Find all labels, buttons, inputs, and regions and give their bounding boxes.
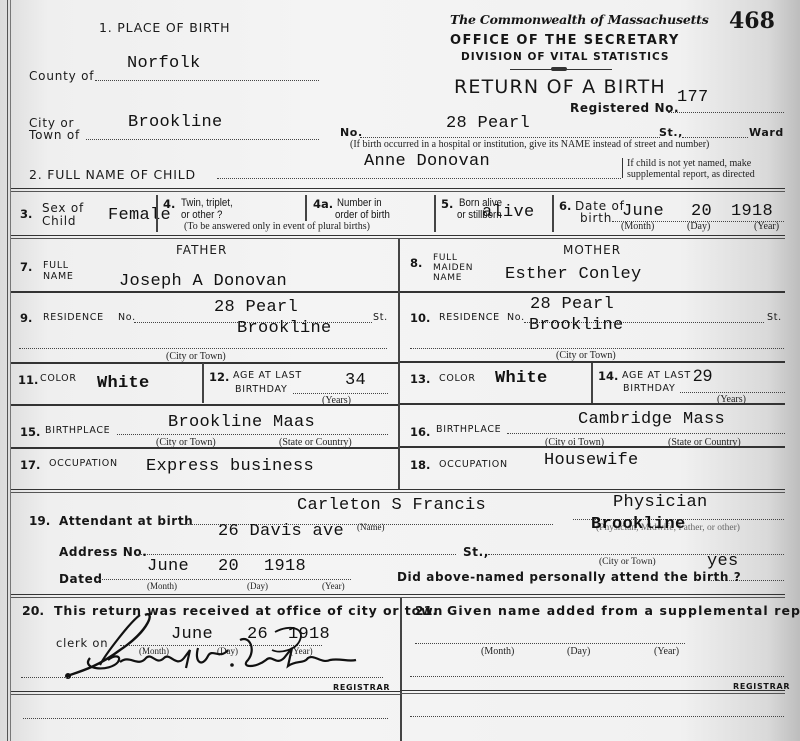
- rule-mother-name: [400, 291, 785, 293]
- rule-after-name: [11, 188, 785, 192]
- mother-name-label-2: MAIDEN: [433, 263, 473, 273]
- rule-father-color: [11, 404, 398, 406]
- attendant-num: 19.: [29, 514, 50, 528]
- attend-answer: yes: [707, 552, 739, 571]
- rule-father-birthplace: [11, 447, 398, 449]
- mother-occupation-label: OCCUPATION: [439, 459, 508, 470]
- father-age-label-2: BIRTHDAY: [235, 384, 288, 395]
- mother-city-caption: (City or Town): [556, 350, 616, 361]
- father-city-caption: (City or Town): [166, 351, 226, 362]
- supplemental-date-line: [415, 643, 685, 644]
- registered-label: Registered No.: [570, 101, 679, 115]
- county-value: Norfolk: [127, 54, 201, 73]
- ornament-center: [551, 67, 567, 71]
- mother-residence-label: RESIDENCE: [439, 312, 500, 323]
- dob-label-2: birth: [580, 211, 612, 225]
- form-title: RETURN OF A BIRTH: [454, 76, 666, 98]
- supplemental-month-caption: (Month): [481, 646, 514, 657]
- office-heading: OFFICE OF THE SECRETARY: [450, 33, 680, 48]
- mother-age-num: 14.: [598, 369, 618, 383]
- father-heading: FATHER: [176, 243, 227, 257]
- dated-label: Dated: [59, 572, 103, 586]
- dated-year-caption: (Year): [322, 581, 345, 591]
- mother-city: Brookline: [529, 316, 624, 335]
- dob-month-caption: (Month): [621, 221, 654, 232]
- attend-question: Did above-named personally attend the bi…: [397, 570, 741, 584]
- father-name-label-2: NAME: [43, 271, 74, 282]
- rule-father-name: [11, 291, 398, 293]
- attendant-city-line: [488, 554, 784, 555]
- plural-note: (To be answered only in event of plural …: [184, 221, 370, 232]
- dob-year-caption: (Year): [754, 221, 779, 232]
- rule-mother-birthplace: [400, 446, 785, 448]
- street-value: 28 Pearl: [446, 114, 530, 133]
- county-label: County of: [29, 69, 94, 83]
- father-age-line: [293, 393, 388, 394]
- registrar-line-20: [21, 677, 383, 678]
- born-value: alive: [482, 203, 535, 222]
- hospital-note: (If birth occurred in a hospital or inst…: [350, 139, 709, 150]
- bottom-center-divider: [400, 598, 402, 741]
- child-name-value: Anne Donovan: [364, 152, 490, 171]
- attendant-label: Attendant at birth: [59, 514, 193, 528]
- attendant-role: Physician: [613, 493, 708, 512]
- mother-age-line: [680, 392, 785, 393]
- divider-12: [202, 363, 204, 403]
- twin-label-2: or other ?: [181, 209, 222, 221]
- mother-color-label: COLOR: [439, 373, 476, 384]
- division-heading: DIVISION OF VITAL STATISTICS: [461, 51, 669, 63]
- mother-occupation-value: Housewife: [544, 451, 639, 470]
- mother-birthplace-num: 16.: [410, 425, 430, 439]
- section-1-label: 1. PLACE OF BIRTH: [99, 20, 230, 35]
- sex-label-1: Sex of: [42, 201, 84, 215]
- name-note-brace: [622, 158, 626, 178]
- order-label-1: Number in: [337, 197, 382, 209]
- twin-label-1: Twin, triplet,: [181, 197, 233, 209]
- rule-bottom-right: [400, 690, 785, 694]
- divider-4: [156, 195, 158, 232]
- dated-year: 1918: [264, 557, 306, 576]
- attendant-st-label: St.,: [463, 545, 489, 559]
- father-occupation-label: OCCUPATION: [49, 458, 118, 469]
- dob-day: 20: [691, 202, 712, 221]
- registered-line: [668, 112, 784, 113]
- mother-name-num: 8.: [410, 256, 422, 270]
- father-occupation-num: 17.: [20, 458, 40, 472]
- supplemental-label: Given name added from a supplemental rep…: [447, 603, 800, 618]
- mother-name-label-3: NAME: [433, 273, 462, 283]
- divider-5: [434, 195, 436, 232]
- mother-age-label-1: AGE AT LAST: [622, 370, 691, 381]
- father-name-num: 7.: [20, 260, 32, 274]
- supplemental-year-caption: (Year): [654, 646, 679, 657]
- rule-bottom-left: [11, 691, 400, 695]
- city-label-2: Town of: [29, 128, 80, 142]
- rule-mother-res: [400, 361, 785, 363]
- rule-mother-color: [400, 403, 785, 405]
- center-divider: [398, 239, 400, 490]
- mother-color-num: 13.: [410, 372, 430, 386]
- city-value: Brookline: [128, 113, 223, 132]
- county-line: [95, 80, 319, 81]
- page-number: 468: [729, 8, 775, 34]
- father-age-num: 12.: [209, 370, 229, 384]
- ward-line: [682, 137, 748, 138]
- father-occupation-value: Express business: [146, 457, 314, 476]
- mother-name-value: Esther Conley: [505, 265, 642, 284]
- father-birthplace-label: BIRTHPLACE: [45, 425, 110, 436]
- city-line: [86, 139, 319, 140]
- sex-value: Female: [108, 206, 171, 225]
- dated-day: 20: [218, 557, 239, 576]
- dated-line: [99, 579, 351, 580]
- sex-num: 3.: [20, 207, 32, 221]
- dob-year: 1918: [731, 202, 773, 221]
- supplemental-num: 21.: [415, 603, 437, 618]
- mother-no-label: No.: [507, 312, 525, 323]
- mother-age-value: 29: [693, 366, 713, 386]
- father-city: Brookline: [237, 319, 332, 338]
- mother-name-label-1: FULL: [433, 253, 458, 263]
- dob-day-caption: (Day): [687, 221, 710, 232]
- father-birthplace-num: 15.: [20, 425, 40, 439]
- registrar-line-21: [410, 676, 784, 677]
- father-city-line: [19, 348, 387, 349]
- order-label-2: order of birth: [335, 209, 390, 221]
- attendant-name: Carleton S Francis: [297, 496, 486, 515]
- commonwealth-heading: The Commonwealth of Massachusetts: [450, 12, 709, 27]
- mother-heading: MOTHER: [563, 243, 621, 257]
- st-label: St.,: [659, 126, 683, 139]
- divider-14: [591, 363, 593, 403]
- bottom-right-line: [410, 716, 784, 717]
- father-residence-num: 9.: [20, 311, 32, 325]
- father-color-num: 11.: [18, 373, 38, 387]
- father-color-value: White: [97, 374, 150, 393]
- attendant-address-label: Address No.: [59, 545, 147, 559]
- bottom-left-line: [23, 718, 388, 719]
- mother-birthplace-line: [507, 433, 785, 434]
- father-name-value: Joseph A Donovan: [119, 272, 287, 291]
- father-birthplace-line: [117, 434, 388, 435]
- born-num: 5.: [441, 197, 453, 211]
- child-name-note-1: If child is not yet named, make: [627, 158, 751, 169]
- registrar-signature: [60, 610, 360, 680]
- dated-month: June: [147, 557, 189, 576]
- left-border-inner: [10, 0, 11, 741]
- rule-father-res: [11, 362, 398, 364]
- supplemental-day-caption: (Day): [567, 646, 590, 657]
- dated-month-caption: (Month): [147, 581, 177, 591]
- mother-age-label-2: BIRTHDAY: [623, 383, 676, 394]
- father-birthplace-value: Brookline Maas: [168, 413, 315, 432]
- attendant-city-caption: (City or Town): [599, 557, 656, 567]
- mother-residence-num: 10.: [410, 311, 430, 325]
- child-name-line: [217, 178, 621, 179]
- child-name-label: 2. FULL NAME OF CHILD: [29, 167, 196, 182]
- sex-label-2: Child: [42, 214, 76, 228]
- dob-num: 6.: [559, 199, 571, 213]
- dated-day-caption: (Day): [247, 581, 268, 591]
- mother-birthplace-label: BIRTHPLACE: [436, 424, 501, 435]
- attendant-address-line: [139, 554, 456, 555]
- attendant-address: 26 Davis ave: [218, 522, 344, 541]
- child-name-note-2: supplemental report, as directed: [627, 169, 755, 180]
- father-st-label: St.: [373, 312, 388, 323]
- rule-before-received: [11, 594, 785, 598]
- received-num: 20.: [22, 603, 44, 618]
- attendant-name-caption: (Name): [357, 522, 384, 532]
- father-street: 28 Pearl: [214, 298, 298, 317]
- divider-4a: [305, 195, 307, 221]
- registered-number: 177: [677, 88, 709, 107]
- father-name-label-1: FULL: [43, 260, 69, 271]
- twin-num: 4.: [163, 197, 175, 211]
- left-border: [7, 0, 8, 741]
- mother-st-label: St.: [767, 312, 782, 323]
- mother-birthplace-value: Cambridge Mass: [578, 410, 725, 429]
- order-num: 4a.: [313, 197, 333, 211]
- divider-6: [552, 195, 554, 232]
- attend-answer-line: [709, 580, 784, 581]
- mother-occupation-num: 18.: [410, 458, 430, 472]
- dob-month: June: [622, 202, 664, 221]
- father-residence-label: RESIDENCE: [43, 312, 104, 323]
- mother-color-value: White: [495, 369, 548, 388]
- ward-label: Ward: [749, 126, 784, 139]
- father-color-label: COLOR: [40, 373, 77, 384]
- mother-city-line: [410, 348, 784, 349]
- attendant-city: Brookline: [591, 515, 686, 534]
- mother-street: 28 Pearl: [530, 295, 614, 314]
- street-no-line: [360, 137, 660, 138]
- father-age-label-1: AGE AT LAST: [233, 370, 302, 381]
- father-age-value: 34: [345, 371, 366, 390]
